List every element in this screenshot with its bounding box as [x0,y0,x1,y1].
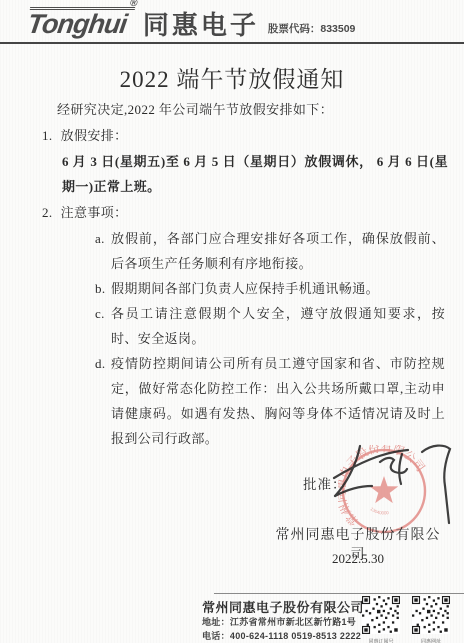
note-label: d. [95,351,106,376]
registered-trademark-icon: ® [129,0,137,9]
signature-date: 2022.5.30 [269,551,447,567]
notes-list: a. 放假前，各部门应合理安排好各项工作，确保放假前、后各项生产任务顺利有序地衔… [95,226,445,451]
note-item-a: a. 放假前，各部门应合理安排好各项工作，确保放假前、后各项生产任务顺利有序地衔… [95,226,445,276]
brand-name-chinese: 同惠电子 [143,12,259,38]
qr-code-icon [412,596,450,634]
stock-code-label: 股票代码：833509 [268,21,356,38]
footer-phone: 电话：400-624-1118 0519-8513 2222 [202,629,361,642]
note-text: 假期期间各部门负责人应保持手机通讯畅通。 [111,281,379,296]
qr-code-icon [362,596,400,634]
note-text: 各员工请注意假期个人安全，遵守放假通知要求，按时、安全返岗。 [111,306,445,346]
section-2-title: 注意事项： [61,205,128,220]
note-text: 疫情防控期间请公司所有员工遵守国家和省、市防控规定，做好常态化防控工作：出入公共… [111,356,445,446]
footer-address: 地址：江苏省常州市新北区新竹路1号 [202,615,356,628]
note-item-c: c. 各员工请注意假期个人安全，遵守放假通知要求，按时、安全返岗。 [95,301,445,351]
footer-company-name: 常州同惠电子股份有限公司 [202,597,364,616]
section-2-heading: 2.注意事项： [42,200,128,225]
section-1-heading: 1.放假安排： [42,123,128,148]
letterhead: Tonghui® 同惠电子 股票代码：833509 [28,7,355,38]
holiday-schedule-line: 6 月 3 日(星期五)至 6 月 5 日（星期日）放假调休， 6 月 6 日(… [62,149,448,199]
note-label: b. [95,276,106,301]
section-1-title: 放假安排： [61,128,128,143]
notice-title: 2022 端午节放假通知 [0,61,464,94]
footer-divider [214,593,464,594]
qr-code-subscription: 同惠订阅号 [362,596,400,643]
section-2-number: 2. [42,205,53,220]
document-page: Tonghui® 同惠电子 股票代码：833509 2022 端午节放假通知 经… [0,0,464,643]
intro-paragraph: 经研究决定,2022 年公司端午节放假安排如下： [57,97,417,122]
note-label: c. [95,301,105,326]
approval-label: 批准： [303,472,347,497]
header-divider [0,42,464,44]
note-label: a. [95,226,105,251]
note-item-b: b. 假期期间各部门负责人应保持手机通讯畅通。 [95,276,445,301]
qr-code-website: 同惠网址 [412,596,450,643]
tonghui-wordmark-logo: Tonghui® [26,7,135,38]
note-text: 放假前，各部门应合理安排好各项工作，确保放假前、后各项生产任务顺利有序地衔接。 [111,231,445,271]
section-1-number: 1. [42,128,53,143]
